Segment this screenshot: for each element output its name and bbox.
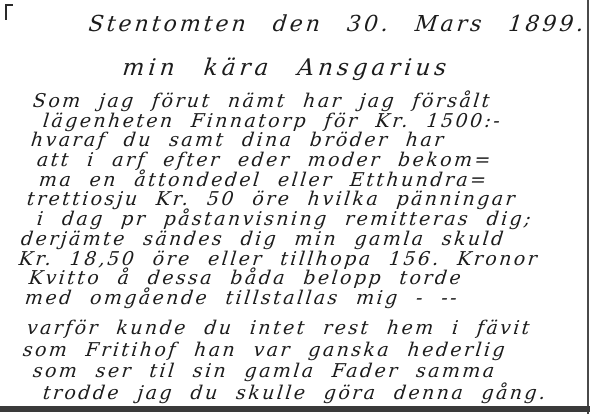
letter-line: som ser til sin gamla Fader samma	[12, 361, 549, 383]
pen-corner-mark	[5, 4, 13, 20]
letter-line: som Fritihof han var ganska hederlig	[12, 340, 549, 362]
letter-salutation: min kära Ansgarius	[121, 55, 451, 81]
letter-line: i dag pr påstanvisning remitteras dig;	[14, 210, 540, 230]
letter-line: att i arf efter eder moder bekom=	[14, 151, 540, 171]
scan-edge-bottom	[0, 406, 590, 412]
letter-dateline: Stentomten den 30. Mars 1899.	[87, 12, 587, 37]
letter-line: varför kunde du intet rest hem i fävit	[12, 318, 549, 340]
letter-scan-page: Stentomten den 30. Mars 1899. min kära A…	[0, 0, 590, 414]
letter-line: med omgående tillstallas mig - --	[14, 289, 540, 309]
letter-line: Kvitto å dessa båda belopp torde	[14, 269, 540, 289]
letter-paragraph-2: varför kunde du intet rest hem i fävit s…	[14, 318, 549, 404]
letter-line: trodde jag du skulle göra denna gång.	[12, 383, 549, 405]
letter-paragraph-1: Som jag förut nämt har jag försålt lägen…	[16, 92, 540, 309]
scan-edge-right	[587, 0, 589, 414]
letter-line: derjämte sändes dig min gamla skuld	[14, 230, 540, 250]
letter-line: Som jag förut nämt har jag försålt	[14, 92, 540, 112]
